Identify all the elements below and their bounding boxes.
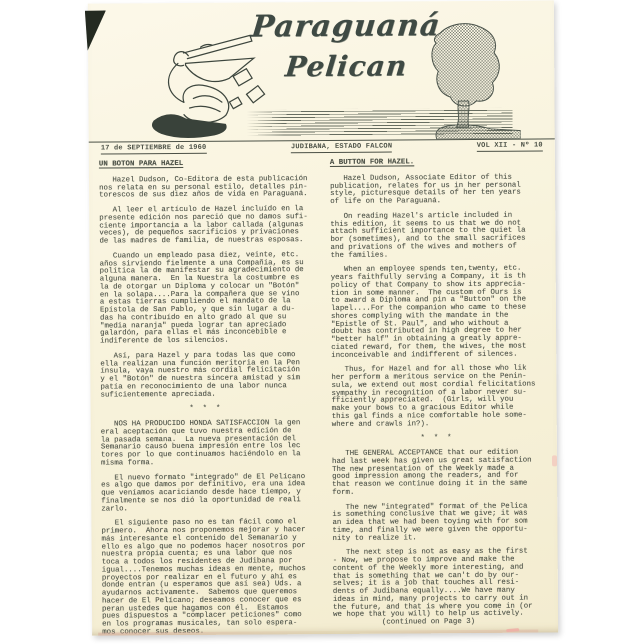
spanish-column-heading: UN BOTON PARA HAZEL — [99, 160, 314, 169]
newsletter-page: Paraguaná Pelican 17 de SEPTIEMBRE de 19… — [88, 0, 558, 635]
english-paragraph: On reading Hazel's article included in t… — [330, 212, 545, 260]
english-paragraph: Hazel Dudson, Associate Editor of this p… — [330, 174, 545, 207]
article-columns: UN BOTON PARA HAZEL Hazel Dudson, Co-Edi… — [89, 158, 558, 640]
english-paragraph: THE GENERAL ACCEPTANCE that our edition … — [332, 449, 547, 497]
english-column: A BUTTON FOR HAZEL. Hazel Dudson, Associ… — [330, 158, 548, 640]
paraguana-map-icon — [404, 19, 521, 140]
english-column-heading: A BUTTON FOR HAZEL. — [330, 158, 545, 167]
dateline: 17 de SEPTIEMBRE de 1960 JUDIBANA, ESTAD… — [89, 138, 555, 154]
spanish-paragraph: El siguiente paso no es tan fácil como e… — [101, 519, 317, 637]
dateline-volume: VOL XII - Nº 10 — [477, 141, 543, 151]
english-paragraph: The new "integrated" format of the Pelic… — [332, 503, 547, 543]
spanish-paragraph: Así, para Hazel y para todas las que com… — [100, 352, 315, 400]
spanish-paragraph: Al leer el artículo de Hazel incluído en… — [99, 206, 314, 246]
section-separator: * * * — [332, 435, 547, 444]
english-paragraph: Thus, for Hazel and for all those who li… — [331, 366, 546, 429]
spanish-paragraph: Hazel Dudson, Co-Editora de esta publica… — [99, 176, 314, 201]
spanish-paragraph: Cuando un empleado pasa diez, veinte, et… — [100, 252, 316, 346]
section-separator: * * * — [101, 405, 316, 414]
spanish-paragraph: El nuevo formato "integrado" de El Pelíc… — [101, 474, 316, 514]
dateline-date: 17 de SEPTIEMBRE de 1960 — [101, 144, 207, 155]
spanish-paragraph: NOS HA PRODUCIDO HONDA SATISFACCION la g… — [101, 420, 316, 468]
masthead: Paraguaná Pelican — [88, 0, 555, 141]
pink-stain-right — [552, 455, 557, 466]
english-paragraph: The next step is not as easy as the firs… — [333, 549, 549, 628]
spanish-column: UN BOTON PARA HAZEL Hazel Dudson, Co-Edi… — [99, 160, 317, 640]
english-paragraph: When an employee spends ten,twenty, etc.… — [331, 266, 547, 360]
dateline-location: JUDIBANA, ESTADO FALCON — [291, 143, 392, 154]
